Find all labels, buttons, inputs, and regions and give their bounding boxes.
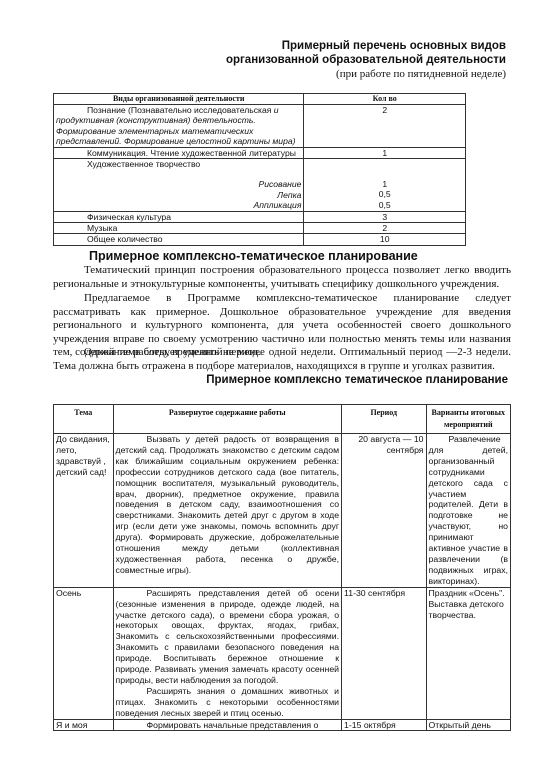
table-row: Познание (Познавательно исследовательска…: [54, 105, 466, 148]
table-header-row: Тема Развернутое содержание работы Перио…: [54, 405, 511, 434]
theme-cell: Я и моя: [54, 719, 114, 731]
activities-table: Виды организованной деятельности Кол во …: [53, 93, 466, 246]
column-header: Тема: [54, 405, 114, 434]
content-cell: Расширять представления детей об осени (…: [113, 587, 342, 719]
content-paragraph: Расширять знания о домашних животных и п…: [116, 686, 340, 719]
sub-activity-count: 0,5: [306, 200, 463, 210]
table-header-row: Виды организованной деятельности Кол во: [54, 94, 466, 105]
activity-name: Музыка: [54, 223, 304, 234]
column-header: Период: [342, 405, 426, 434]
events-cell: Праздник «Осень". Выставка детского твор…: [426, 587, 510, 719]
header-title-line1: Примерный перечень основных видов: [282, 40, 506, 52]
table-row: До свидания, лето, здравствуй , детский …: [54, 434, 511, 588]
activity-count: 2: [304, 105, 466, 148]
sub-activity-name: Лепка: [56, 190, 301, 200]
content-paragraph: Формировать начальные представления о: [116, 720, 340, 731]
paragraph: Тематический принцип построения образова…: [53, 264, 511, 291]
activity-name-text: Познание (Познавательно исследовательска…: [87, 105, 271, 115]
activity-total-label: Общее количество: [54, 234, 304, 245]
table-row: Физическая культура 3: [54, 211, 466, 222]
content-cell: Формировать начальные представления о: [113, 719, 342, 731]
theme-cell: До свидания, лето, здравствуй , детский …: [54, 434, 114, 588]
content-cell: Вызвать у детей радость от возвращения в…: [113, 434, 342, 588]
content-paragraph: Вызвать у детей радость от возвращения в…: [116, 434, 340, 576]
activity-group-name: Художественное творчество: [56, 159, 301, 169]
events-cell: Открытый день: [426, 719, 510, 731]
planning-table: Тема Развернутое содержание работы Перио…: [53, 404, 511, 731]
theme-cell: Осень: [54, 587, 114, 719]
activity-name: Художественное творчество Рисование Лепк…: [54, 159, 304, 212]
activity-name: Коммуникация. Чтение художественной лите…: [54, 147, 304, 158]
header-subtitle: (при работе по пятидневной неделе): [336, 68, 506, 80]
header-title-line2: организованной образовательной деятельно…: [226, 54, 506, 66]
content-paragraph: Расширять представления детей об осени (…: [116, 588, 340, 686]
section-subtitle: Примерное комплексно тематическое планир…: [206, 374, 508, 386]
column-header: Кол во: [304, 94, 466, 105]
section-title: Примерное комплексно-тематическое планир…: [89, 249, 418, 263]
activity-count: 2: [304, 223, 466, 234]
column-header: Виды организованной деятельности: [54, 94, 304, 105]
period-cell: 11-30 сентября: [342, 587, 426, 719]
paragraph: Одной теме следует уделять не менее одно…: [53, 346, 511, 373]
sub-activity-count: 0,5: [306, 189, 463, 199]
sub-activity-name: Аппликация: [56, 200, 301, 210]
table-row: Общее количество 10: [54, 234, 466, 245]
activity-name: Физическая культура: [54, 211, 304, 222]
activity-name: Познание (Познавательно исследовательска…: [54, 105, 304, 148]
activity-total-count: 10: [304, 234, 466, 245]
period-cell: 1-15 октября: [342, 719, 426, 731]
table-row: Осень Расширять представления детей об о…: [54, 587, 511, 719]
activity-count: 3: [304, 211, 466, 222]
events-cell: Развлечение для детей, организованный со…: [426, 434, 510, 588]
sub-activity-count: 1: [306, 179, 463, 189]
activity-count: 1: [304, 147, 466, 158]
activity-count: 1 0,5 0,5: [304, 159, 466, 212]
table-row: Я и моя Формировать начальные представле…: [54, 719, 511, 731]
table-row: Музыка 2: [54, 223, 466, 234]
column-header: Развернутое содержание работы: [113, 405, 342, 434]
table-row: Коммуникация. Чтение художественной лите…: [54, 147, 466, 158]
period-cell: 20 августа — 10 сентября: [342, 434, 426, 588]
sub-activity-name: Рисование: [56, 179, 301, 189]
table-row: Художественное творчество Рисование Лепк…: [54, 159, 466, 212]
column-header: Варианты итоговых мероприятий: [426, 405, 510, 434]
